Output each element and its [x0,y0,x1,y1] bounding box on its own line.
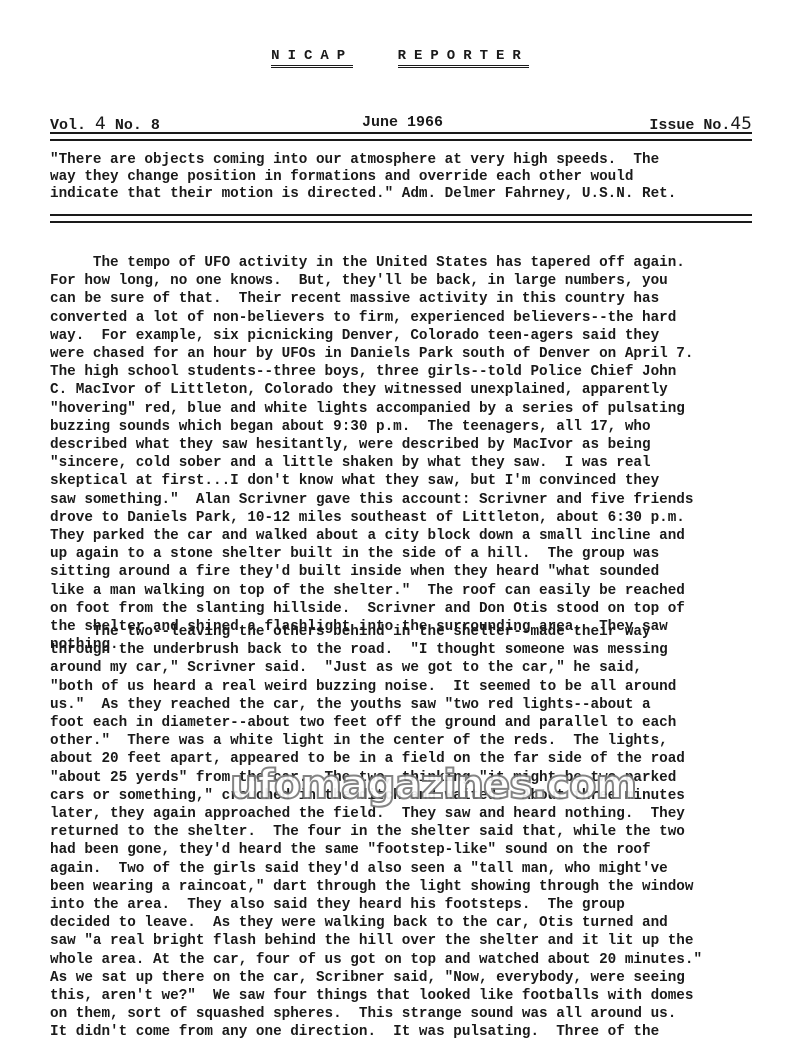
text-line: decided to leave. As they were walking b… [50,914,770,932]
text-line: returned to the shelter. The four in the… [50,823,770,841]
text-line: saw "a real bright flash behind the hill… [50,932,770,950]
masthead-word-reporter: REPORTER [398,48,529,68]
epigraph-quote: "There are objects coming into our atmos… [50,152,760,203]
text-line: been wearing a raincoat," dart through t… [50,878,770,896]
text-line: whole area. At the car, four of us got o… [50,951,770,969]
text-line: buzzing sounds which began about 9:30 p.… [50,418,770,436]
text-line: The tempo of UFO activity in the United … [50,254,770,272]
text-line: sitting around a fire they'd built insid… [50,563,770,581]
text-line: up again to a stone shelter built in the… [50,545,770,563]
text-line: As we sat up there on the car, Scribner … [50,969,770,987]
article-paragraph-1: The tempo of UFO activity in the United … [50,254,770,654]
text-line: described what they saw hesitantly, were… [50,436,770,454]
volume-info: Vol. 4 No. 8 [50,114,160,134]
text-line: "both of us heard a real weird buzzing n… [50,678,770,696]
text-line: had been gone, they'd heard the same "fo… [50,841,770,859]
text-line: skeptical at first...I don't know what t… [50,472,770,490]
text-line: C. MacIvor of Littleton, Colorado they w… [50,381,770,399]
epigraph-line: "There are objects coming into our atmos… [50,152,760,169]
text-line: converted a lot of non-believers to firm… [50,309,770,327]
epigraph-line: way they change position in formations a… [50,169,760,186]
text-line: It didn't come from any one direction. I… [50,1023,770,1041]
issue-date: June 1966 [362,114,443,131]
text-line: The two--leaving the others behind in th… [50,623,770,641]
text-line: us." As they reached the car, the youths… [50,696,770,714]
masthead-title: NICAP REPORTER [0,48,800,64]
text-line: The high school students--three boys, th… [50,363,770,381]
text-line: into the area. They also said they heard… [50,896,770,914]
text-line: around my car," Scrivner said. "Just as … [50,659,770,677]
text-line: way. For example, six picnicking Denver,… [50,327,770,345]
article-paragraph-2: The two--leaving the others behind in th… [50,623,770,1042]
text-line: other." There was a white light in the c… [50,732,770,750]
text-line: were chased for an hour by UFOs in Danie… [50,345,770,363]
text-line: They parked the car and walked about a c… [50,527,770,545]
text-line: like a man walking on top of the shelter… [50,582,770,600]
text-line: again. Two of the girls said they'd also… [50,860,770,878]
volume-number: 4 [95,114,106,134]
text-line: on them, sort of squashed spheres. This … [50,1005,770,1023]
newsletter-page: NICAP REPORTER Vol. 4 No. 8 June 1966 Is… [0,0,800,1042]
epigraph-divider [50,214,752,223]
text-line: "sincere, cold sober and a little shaken… [50,454,770,472]
text-line: through the underbrush back to the road.… [50,641,770,659]
text-line: For how long, no one knows. But, they'll… [50,272,770,290]
text-line: this, aren't we?" We saw four things tha… [50,987,770,1005]
issue-number-info: Issue No.45 [649,114,752,134]
header-divider [50,132,752,141]
masthead-word-nicap: NICAP [271,48,353,68]
text-line: "hovering" red, blue and white lights ac… [50,400,770,418]
text-line: can be sure of that. Their recent massiv… [50,290,770,308]
issue-number: 45 [730,114,752,134]
text-line: on foot from the slanting hillside. Scri… [50,600,770,618]
text-line: saw something." Alan Scrivner gave this … [50,491,770,509]
issue-info-line: Vol. 4 No. 8 June 1966 Issue No.45 [50,114,752,134]
text-line: drove to Daniels Park, 10-12 miles south… [50,509,770,527]
text-line: foot each in diameter--about two feet of… [50,714,770,732]
watermark: ufomagazines.com [230,762,636,808]
epigraph-line: indicate that their motion is directed."… [50,186,760,203]
